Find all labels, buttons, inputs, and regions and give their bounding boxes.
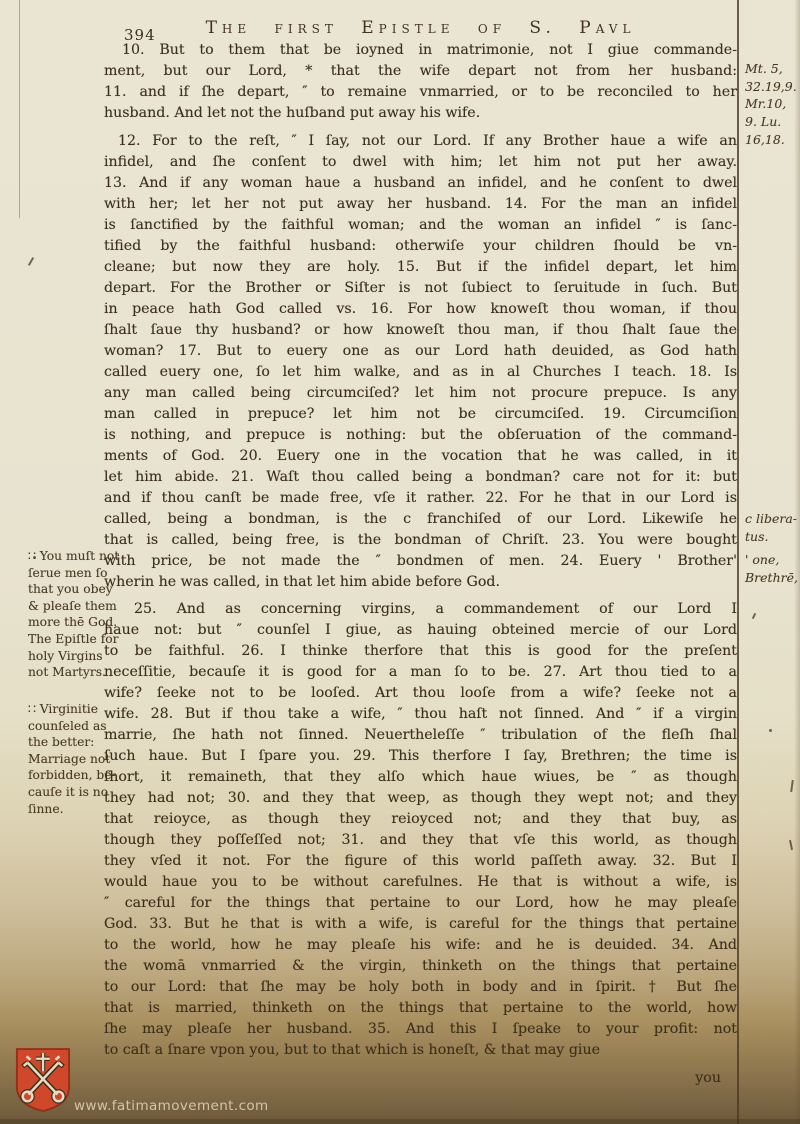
text-line: Mt. 5, [745,60,795,78]
left-margin-note-epistle: The Epiſtle forholy Virginsnot Martyrs. [28,631,130,681]
text-line: to the world, how he may pleaſe his wife… [104,935,737,956]
text-line: they vſed it not. For the figure of this… [104,851,737,872]
text-line: would haue you to be without carefulnes.… [104,872,737,893]
text-line: infidel, and ſhe conſent to dwel with hi… [104,152,737,173]
text-line: ſerue men ſo [28,565,130,582]
text-line: in peace hath God called vs. 16. For how… [104,299,737,320]
text-line: haue not: but ″ counſel I giue, as hauin… [104,620,737,641]
text-line: ments of God. 20. Euery one in the vocat… [104,446,737,467]
text-line: ſhe may pleaſe her husband. 35. And this… [104,1019,737,1040]
text-line: they had not; 30. and they that weep, as… [104,788,737,809]
text-line: 12. For to the reſt, ″ I ſay, not our Lo… [104,131,737,152]
text-line: tified by the faithful husband: otherwiſ… [104,236,737,257]
page-edge-line [19,0,20,218]
scanned-bible-page: 394 The first Epistle of S. Pavl 10. But… [0,0,800,1124]
text-line: husband. And let not the huſband put awa… [104,103,737,124]
text-line: counſeled as [28,718,130,735]
text-line: let him abide. 21. Waſt thou called bein… [104,467,737,488]
text-line: c libera- [745,510,795,528]
text-line: any man called being circumciſed? let hi… [104,383,737,404]
paragraph-verses-25-35: 25. And as concerning virgins, a command… [104,599,737,1061]
text-line: ſhalt ſaue thy husband? or how knoweſt t… [104,320,737,341]
text-line: ∷ You muſt not [28,548,130,565]
text-line: ſuch haue. But I ſpare you. 29. This the… [104,746,737,767]
text-line: to caſt a ſnare vpon you, but to that wh… [104,1040,737,1061]
ink-speck [752,613,756,619]
text-line: ment, but our Lord, * that the wife depa… [104,61,737,82]
text-line: Mr.10, [745,95,795,113]
text-line: though they poſſeſſed not; 31. and they … [104,830,737,851]
text-line: The Epiſtle for [28,631,130,648]
text-line: God. 33. But he that is with a wife, is … [104,914,737,935]
ink-speck [769,729,772,732]
ink-speck [789,840,793,850]
paragraph-verses-10-11: 10. But to them that be ioyned in matrim… [104,40,737,124]
text-line: woman? 17. But to euery one as our Lord … [104,341,737,362]
text-line: cleane; but now they are holy. 15. But i… [104,257,737,278]
text-line: is ſanctified by the faithful woman; and… [104,215,737,236]
text-line: wherin he was called, in that let him ab… [104,572,737,593]
text-line: Marriage not [28,751,130,768]
text-line: the womā vnmarried & the virgin, thinket… [104,956,737,977]
right-margin-cross-references: Mt. 5,32.19,9.Mr.10,9. Lu.16,18. [745,60,795,148]
text-line: that is married, thinketh on the things … [104,998,737,1019]
text-line: wife? ſeeke not to be looſed. Art thou l… [104,683,737,704]
left-margin-note-virginity: ∷ Virginitiecounſeled asthe better:Marri… [28,701,130,817]
main-text-column: 10. But to them that be ioyned in matrim… [104,40,737,1089]
ink-speck [33,556,36,559]
crossed-keys-shield-icon [14,1046,72,1114]
margin-rule [737,0,739,1124]
text-line: 25. And as concerning virgins, a command… [104,599,737,620]
text-line: tus. [745,528,795,546]
text-line: the better: [28,734,130,751]
text-line: depart. For the Brother or Siſter is not… [104,278,737,299]
text-line: man called in prepuce? let him not be ci… [104,404,737,425]
text-line: that reioyce, as though they reioyced no… [104,809,737,830]
text-line: is nothing, and prepuce is nothing: but … [104,425,737,446]
catchword: you [104,1068,737,1089]
text-line: to be faithful. 26. I thinke therfore th… [104,641,737,662]
text-line: 32.19,9. [745,78,795,96]
running-title: The first Epistle of S. Pavl [104,18,737,38]
text-line: Brethrē, [745,569,795,587]
text-line: ″ careful for the things that pertaine t… [104,893,737,914]
text-line: ∷ Virginitie [28,701,130,718]
text-line: 10. But to them that be ioyned in matrim… [104,40,737,61]
ink-speck [28,257,34,266]
text-line: and if thou canſt be made free, vſe it r… [104,488,737,509]
text-line: forbidden, be- [28,767,130,784]
text-line: called, being a bondman, is the c franch… [104,509,737,530]
text-line: holy Virgins [28,648,130,665]
text-line: marrie, ſhe hath not ſinned. Neuertheleſ… [104,725,737,746]
text-line: not Martyrs. [28,664,130,681]
text-line: ſinne. [28,801,130,818]
text-line: ſhort, it remaineth, that they alſo whic… [104,767,737,788]
right-margin-note-one: ' one,Brethrē, [745,551,795,586]
text-line: to our Lord: that ſhe may be holy both i… [104,977,737,998]
text-line: cauſe it is no [28,784,130,801]
text-line: ' one, [745,551,795,569]
text-line: called euery one, ſo let him walke, and … [104,362,737,383]
text-line: with price, be not made the ″ bondmen of… [104,551,737,572]
watermark-url: www.fatimamovement.com [74,1098,269,1114]
text-line: wife. 28. But if thou take a wife, ″ tho… [104,704,737,725]
text-line: with her; let her not put away her husba… [104,194,737,215]
text-line: 9. Lu. [745,113,795,131]
page-bottom-shade [0,1119,800,1124]
text-line: 13. And if any woman haue a husband an i… [104,173,737,194]
text-line: neceſſitie, becauſe it is good for a man… [104,662,737,683]
left-margin-note-obedience: ∷ You muſt notſerue men ſothat you obey&… [28,548,130,631]
paragraph-verses-12-24: 12. For to the reſt, ″ I ſay, not our Lo… [104,131,737,593]
text-line: that you obey [28,581,130,598]
text-line: 16,18. [745,131,795,149]
text-line: more thē God. [28,614,130,631]
right-margin-note-liberatus: c libera-tus. [745,510,795,545]
text-line: 11. and if ſhe depart, ″ to remaine vnma… [104,82,737,103]
text-line: & pleaſe them [28,598,130,615]
text-line: that is called, being free, is the bondm… [104,530,737,551]
